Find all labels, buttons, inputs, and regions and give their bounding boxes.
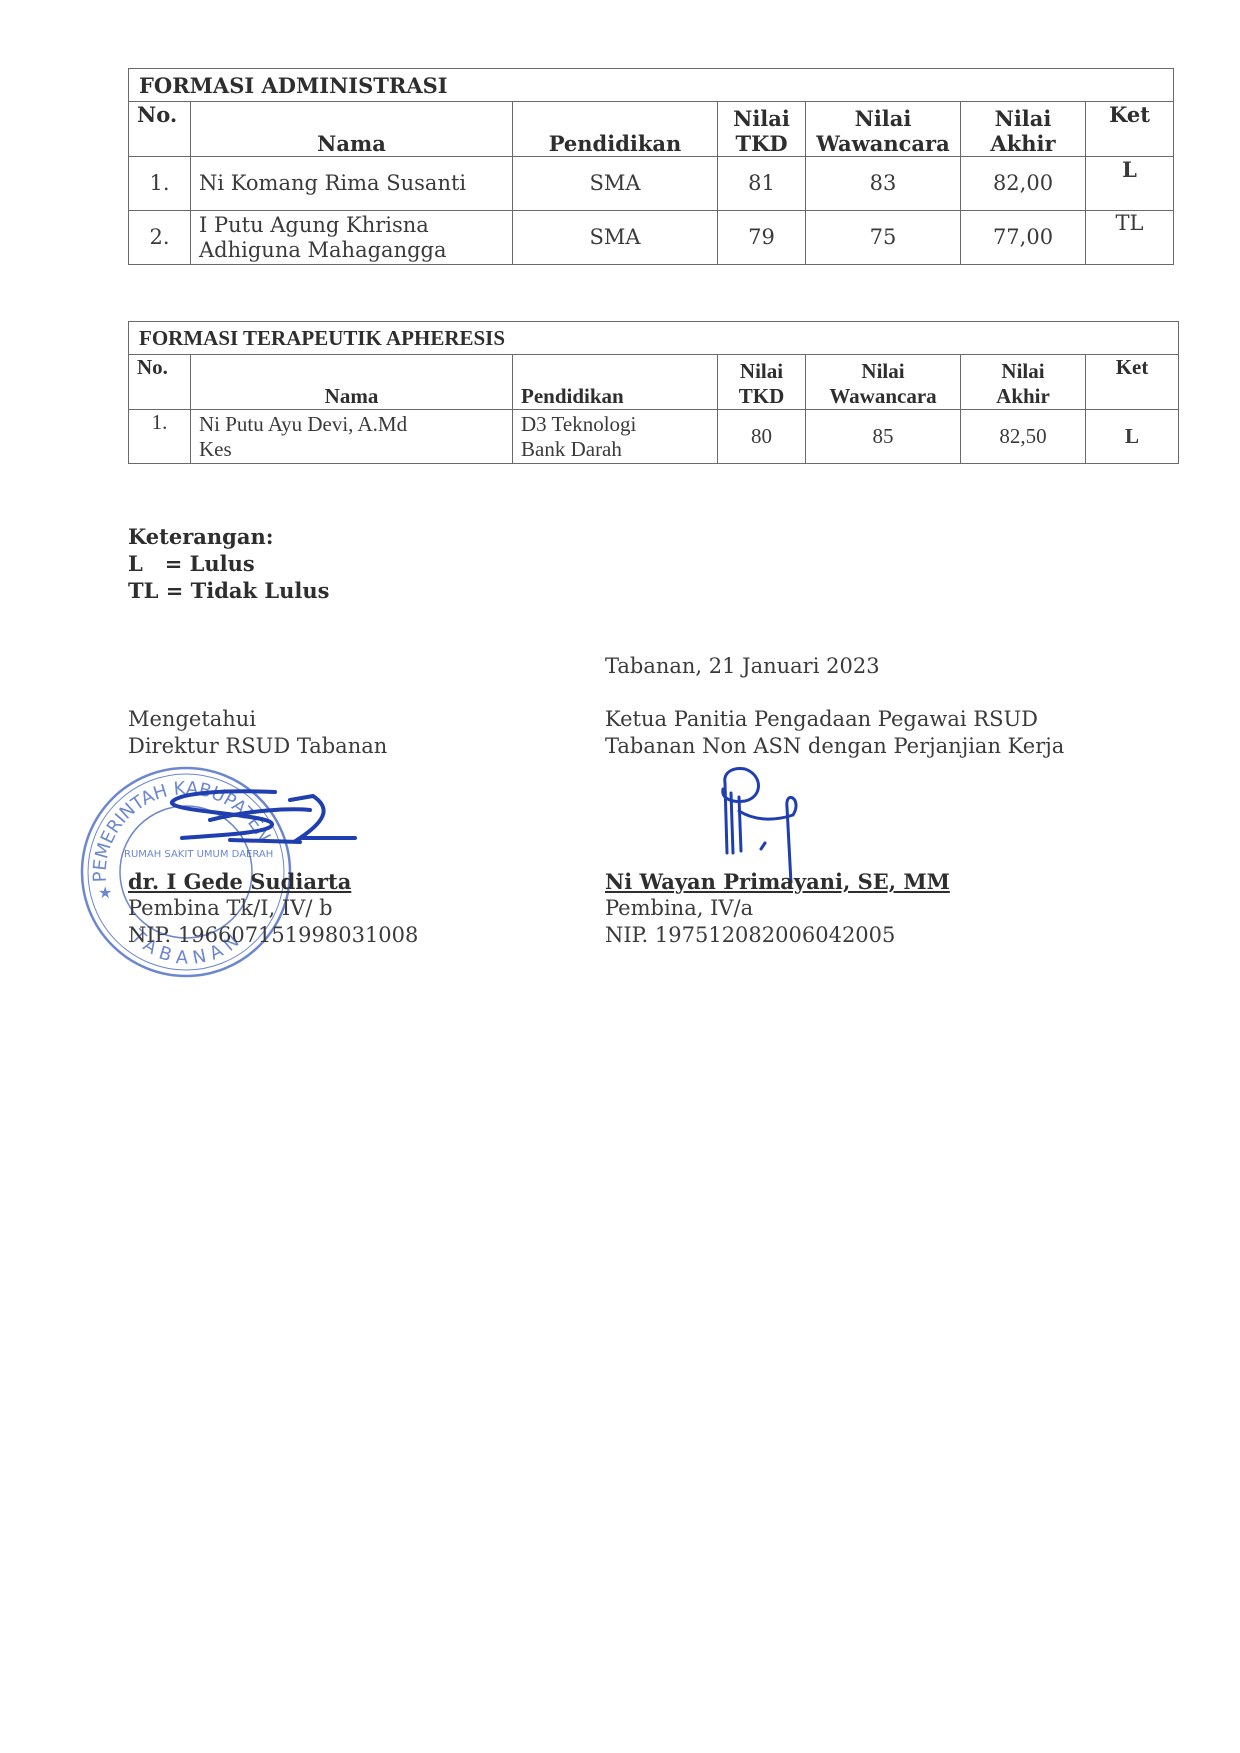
cell-ket: L <box>1086 410 1179 464</box>
table-title: FORMASI TERAPEUTIK APHERESIS <box>129 322 1179 355</box>
header-ket: Ket <box>1086 102 1174 157</box>
cell-akhir: 82,50 <box>961 410 1086 464</box>
left-signatory-line2: Direktur RSUD Tabanan <box>128 733 387 760</box>
table-formasi-terapeutik-apheresis: FORMASI TERAPEUTIK APHERESIS No. Nama Pe… <box>128 321 1179 464</box>
svg-text:★: ★ <box>98 883 112 902</box>
left-signatory-name: dr. I Gede Sudiarta <box>128 868 351 895</box>
cell-wawancara: 75 <box>806 211 961 265</box>
cell-ket: TL <box>1086 211 1174 265</box>
header-nilai-wawancara: NilaiWawancara <box>806 355 961 410</box>
cell-pendidikan: SMA <box>513 211 718 265</box>
table-row: 1. Ni Putu Ayu Devi, A.MdKes D3 Teknolog… <box>129 410 1179 464</box>
cell-tkd: 79 <box>718 211 806 265</box>
cell-wawancara: 83 <box>806 157 961 211</box>
header-nilai-wawancara: NilaiWawancara <box>806 102 961 157</box>
table-title: FORMASI ADMINISTRASI <box>129 69 1174 102</box>
signature-committee-chair-icon <box>715 763 825 883</box>
right-signatory-line1: Ketua Panitia Pengadaan Pegawai RSUD <box>605 706 1038 733</box>
header-no: No. <box>129 355 191 410</box>
keterangan: Keterangan: L = Lulus TL = Tidak Lulus <box>128 523 329 604</box>
header-nilai-tkd: NilaiTKD <box>718 355 806 410</box>
cell-no: 1. <box>129 157 191 211</box>
cell-tkd: 80 <box>718 410 806 464</box>
right-signatory-rank: Pembina, IV/a <box>605 895 753 922</box>
cell-pendidikan: D3 TeknologiBank Darah <box>513 410 718 464</box>
table-row: 1. Ni Komang Rima Susanti SMA 81 83 82,0… <box>129 157 1174 211</box>
keterangan-item-tl: TL = Tidak Lulus <box>128 577 329 604</box>
cell-wawancara: 85 <box>806 410 961 464</box>
cell-akhir: 82,00 <box>961 157 1086 211</box>
cell-pendidikan: SMA <box>513 157 718 211</box>
cell-nama: Ni Komang Rima Susanti <box>191 157 513 211</box>
table-row: 2. I Putu Agung KhrisnaAdhiguna Mahagang… <box>129 211 1174 265</box>
left-signatory-nip: NIP. 196607151998031008 <box>128 922 418 949</box>
header-nilai-tkd: NilaiTKD <box>718 102 806 157</box>
cell-no: 2. <box>129 211 191 265</box>
right-signatory-line2: Tabanan Non ASN dengan Perjanjian Kerja <box>605 733 1064 760</box>
keterangan-title: Keterangan: <box>128 523 329 550</box>
header-pendidikan: Pendidikan <box>513 355 718 410</box>
header-pendidikan: Pendidikan <box>513 102 718 157</box>
left-signatory-rank: Pembina Tk/I, IV/ b <box>128 895 333 922</box>
cell-akhir: 77,00 <box>961 211 1086 265</box>
right-signatory-nip: NIP. 197512082006042005 <box>605 922 895 949</box>
cell-nama: I Putu Agung KhrisnaAdhiguna Mahagangga <box>191 211 513 265</box>
header-no: No. <box>129 102 191 157</box>
table-formasi-administrasi: FORMASI ADMINISTRASI No. Nama Pendidikan… <box>128 68 1174 265</box>
signature-director-icon <box>160 780 360 860</box>
header-nama: Nama <box>191 355 513 410</box>
left-signatory-line1: Mengetahui <box>128 706 256 733</box>
header-nama: Nama <box>191 102 513 157</box>
place-date: Tabanan, 21 Januari 2023 <box>605 653 880 680</box>
cell-tkd: 81 <box>718 157 806 211</box>
cell-no: 1. <box>129 410 191 464</box>
cell-ket: L <box>1086 157 1174 211</box>
header-ket: Ket <box>1086 355 1179 410</box>
right-signatory-name: Ni Wayan Primayani, SE, MM <box>605 868 950 895</box>
header-nilai-akhir: NilaiAkhir <box>961 102 1086 157</box>
cell-nama: Ni Putu Ayu Devi, A.MdKes <box>191 410 513 464</box>
keterangan-item-l: L = Lulus <box>128 550 329 577</box>
header-nilai-akhir: NilaiAkhir <box>961 355 1086 410</box>
